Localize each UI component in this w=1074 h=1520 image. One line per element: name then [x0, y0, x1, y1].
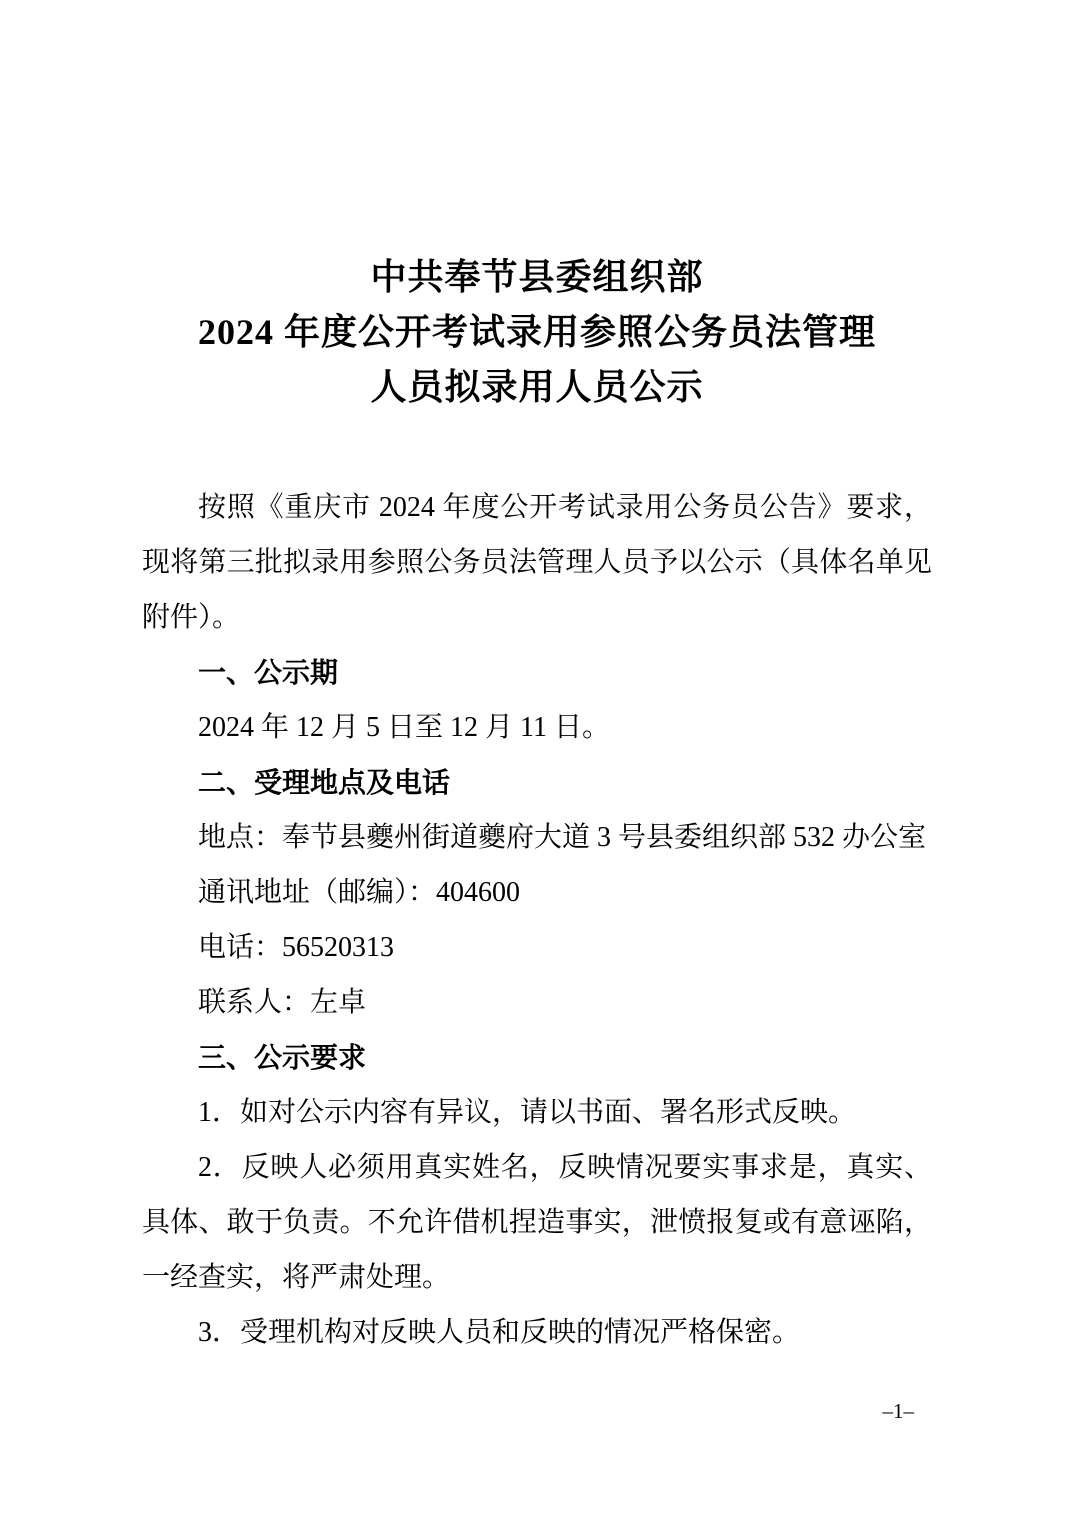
publicity-period-dates: 2024 年 12 月 5 日至 12 月 11 日。 [142, 700, 932, 755]
contact-postal-line: 通讯地址（邮编）：404600 [142, 865, 932, 920]
document-title-line-3: 人员拟录用人员公示 [142, 360, 932, 415]
page-number: –1– [883, 1399, 915, 1424]
requirement-item-1: 1．如对公示内容有异议，请以书面、署名形式反映。 [142, 1085, 932, 1140]
contact-person-line: 联系人：左卓 [142, 975, 932, 1030]
document-title-line-1: 中共奉节县委组织部 [142, 250, 932, 305]
document-page: 中共奉节县委组织部 2024 年度公开考试录用参照公务员法管理 人员拟录用人员公… [0, 0, 1074, 1520]
requirement-item-3: 3．受理机构对反映人员和反映的情况严格保密。 [142, 1305, 932, 1360]
section-heading-publicity-period: 一、公示期 [142, 645, 932, 700]
contact-address-line: 地点：奉节县夔州街道夔府大道 3 号县委组织部 532 办公室 [142, 810, 932, 865]
document-title-line-2: 2024 年度公开考试录用参照公务员法管理 [142, 305, 932, 360]
intro-paragraph: 按照《重庆市 2024 年度公开考试录用公务员公告》要求，现将第三批拟录用参照公… [142, 480, 932, 645]
section-heading-requirements: 三、公示要求 [142, 1030, 932, 1085]
section-heading-contact: 二、受理地点及电话 [142, 755, 932, 810]
contact-phone-line: 电话：56520313 [142, 920, 932, 975]
requirement-item-2: 2．反映人必须用真实姓名，反映情况要实事求是，真实、具体、敢于负责。不允许借机捏… [142, 1140, 932, 1305]
document-title: 中共奉节县委组织部 2024 年度公开考试录用参照公务员法管理 人员拟录用人员公… [142, 250, 932, 415]
